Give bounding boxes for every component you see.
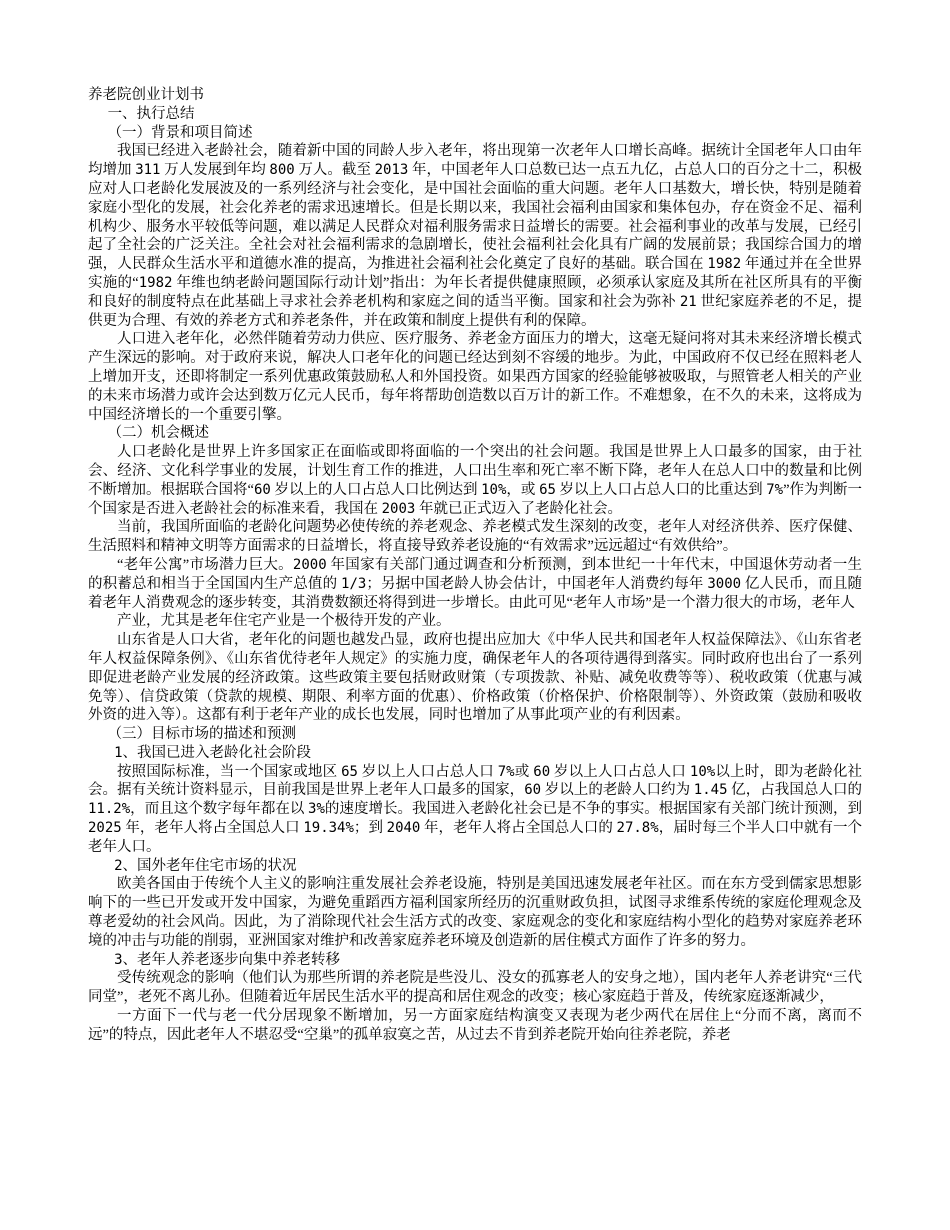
section-heading: （一）背景和项目简述	[88, 124, 862, 143]
paragraph: 人口进入老年化，必然伴随着劳动力供应、医疗服务、养老金方面压力的增大，这毫无疑问…	[88, 330, 862, 424]
paragraph: 人口老龄化是世界上许多国家正在面临或即将面临的一个突出的社会问题。我国是世界上人…	[88, 443, 862, 518]
document-page: 养老院创业计划书 一、执行总结（一）背景和项目简述我国已经进入老龄社会，随着新中…	[0, 0, 950, 1230]
paragraph: “老年公寓”市场潜力巨大。2000 年国家有关部门通过调查和分析预测，到本世纪一…	[88, 556, 862, 612]
paragraph: 一方面下一代与老一代分居现象不断增加，另一方面家庭结构演变又表现为老少两代在居住…	[88, 1007, 862, 1045]
section-heading: 3、老年人养老逐步向集中养老转移	[88, 951, 862, 970]
paragraph: 我国已经进入老龄社会，随着新中国的同龄人步入老年，将出现第一次老年人口增长高峰。…	[88, 142, 862, 330]
paragraph: 按照国际标准，当一个国家或地区 65 岁以上人口占总人口 7%或 60 岁以上人…	[88, 763, 862, 857]
section-heading: 1、我国已进入老龄化社会阶段	[88, 744, 862, 763]
section-heading: 2、国外老年住宅市场的状况	[88, 857, 862, 876]
section-heading: 一、执行总结	[88, 105, 862, 124]
paragraph: 受传统观念的影响（他们认为那些所谓的养老院是些没儿、没女的孤寡老人的安身之地），…	[88, 969, 862, 1007]
document-body: 养老院创业计划书 一、执行总结（一）背景和项目简述我国已经进入老龄社会，随着新中…	[88, 86, 862, 1045]
section-heading: （三）目标市场的描述和预测	[88, 725, 862, 744]
section-heading: （二）机会概述	[88, 424, 862, 443]
paragraph: 当前，我国所面临的老龄化问题势必使传统的养老观念、养老模式发生深刻的改变，老年人…	[88, 518, 862, 556]
document-title: 养老院创业计划书	[88, 86, 862, 105]
paragraph: 产业，尤其是老年住宅产业是一个极待开发的产业。	[88, 612, 862, 631]
paragraph: 欧美各国由于传统个人主义的影响注重发展社会养老设施，特别是美国迅速发展老年社区。…	[88, 875, 862, 950]
paragraph: 山东省是人口大省，老年化的问题也越发凸显，政府也提出应加大《中华人民共和国老年人…	[88, 631, 862, 725]
